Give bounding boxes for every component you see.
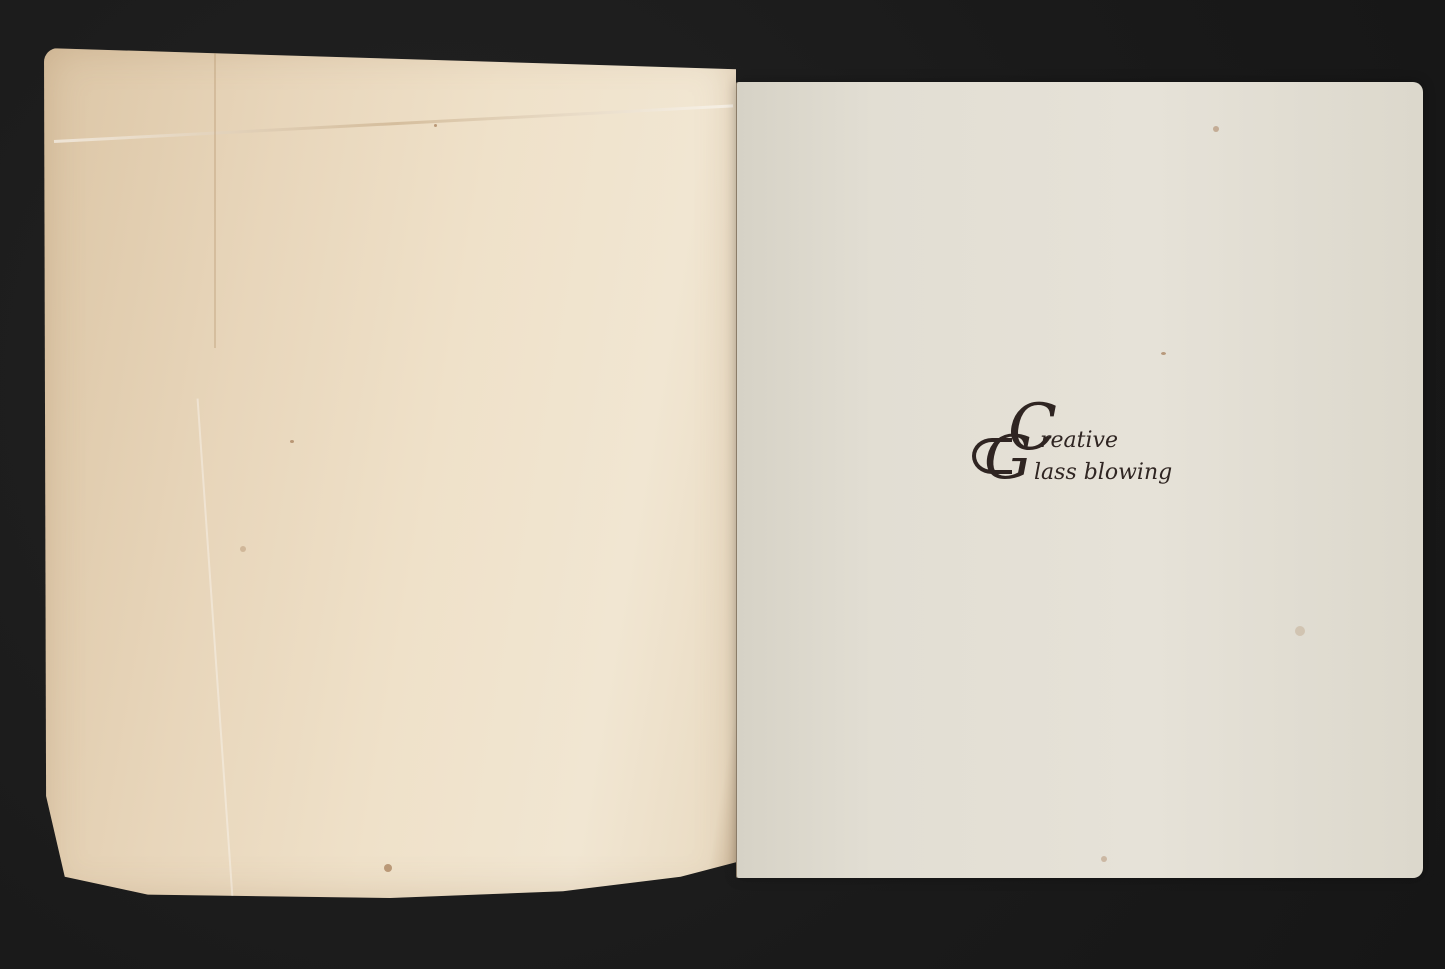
stain-spot <box>1213 126 1219 132</box>
title-line-2: lass blowing <box>1034 460 1172 485</box>
stain-spot <box>384 864 392 872</box>
title-initial-g: G <box>984 428 1032 488</box>
paper-crease-vertical <box>214 48 216 348</box>
stain-spot <box>240 546 246 552</box>
left-blank-page <box>44 48 736 898</box>
title-line-1: reative <box>1040 428 1118 453</box>
stain-spot <box>1101 856 1107 862</box>
stain-spot <box>434 124 437 127</box>
paper-crease <box>54 104 733 143</box>
paper-crease-lower <box>197 399 234 898</box>
book-title: C reative G lass blowing <box>972 398 1242 498</box>
stain-spot <box>1161 352 1166 355</box>
stain-spot <box>1295 626 1305 636</box>
stain-spot <box>290 440 294 443</box>
